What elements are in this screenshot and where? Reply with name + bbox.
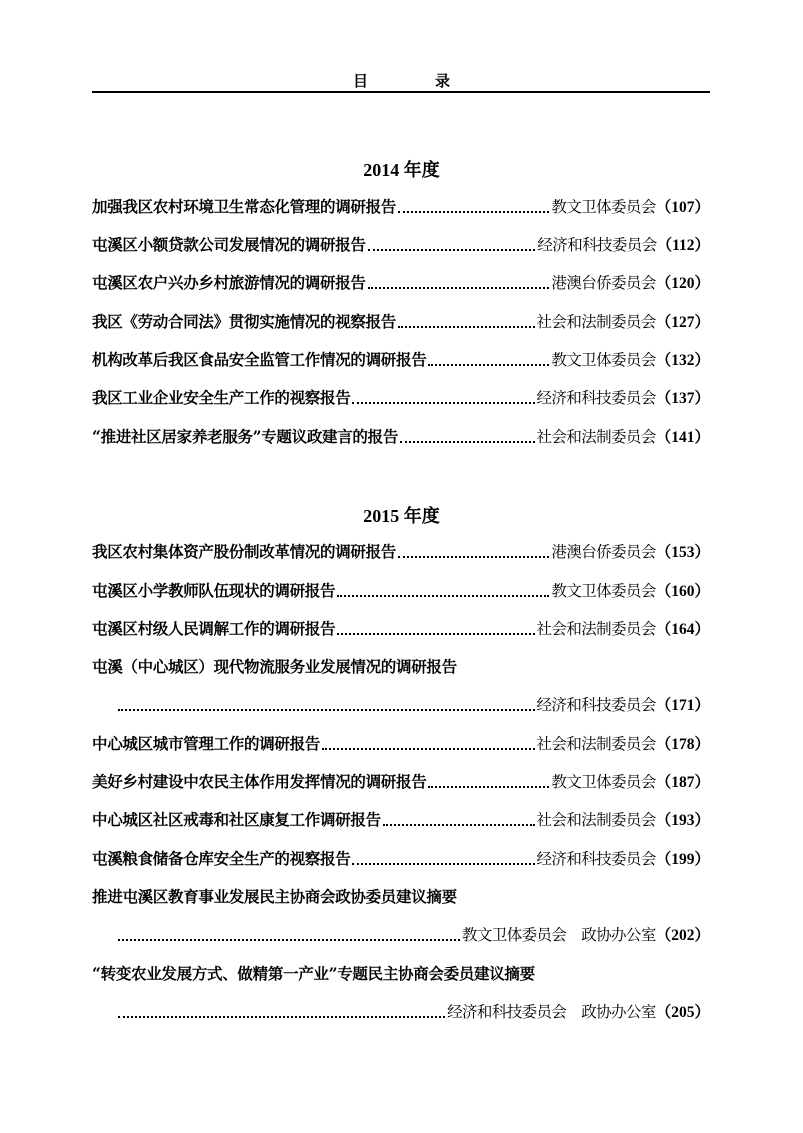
- entry-title: 中心城区城市管理工作的调研报告: [92, 732, 320, 754]
- entry-org: 经济和科技委员会: [537, 847, 656, 869]
- entry-org: 港澳台侨委员会: [551, 271, 655, 293]
- entry-page: （127）: [656, 310, 710, 332]
- entry-page: （164）: [656, 617, 710, 639]
- entry-page: （205）: [656, 1000, 710, 1022]
- dot-leader: [118, 938, 460, 941]
- entry-page: （202）: [656, 923, 710, 945]
- dot-leader: [368, 248, 536, 251]
- dot-leader: [398, 325, 535, 328]
- section-year-2015: 2015 年度: [0, 502, 803, 528]
- toc-entry-title-line[interactable]: 屯溪（中心城区）现代物流服务业发展情况的调研报告: [92, 655, 710, 677]
- entry-title: 加强我区农村环境卫生常态化管理的调研报告: [92, 195, 396, 217]
- entry-page: （171）: [656, 693, 710, 715]
- entry-org: 经济和科技委员会: [537, 693, 656, 715]
- entry-title: 推进屯溪区教育事业发展民主协商会政协委员建议摘要: [92, 885, 457, 907]
- entry-org: 经济和科技委员会: [537, 233, 656, 255]
- entry-page: （153）: [656, 540, 710, 562]
- toc-entry[interactable]: “推进社区居家养老服务”专题议政建言的报告 社会和法制委员会 （141）: [92, 425, 710, 447]
- dot-leader: [428, 363, 549, 366]
- entry-org: 教文卫体委员会: [551, 579, 655, 601]
- entry-title: 屯溪区小学教师队伍现状的调研报告: [92, 579, 335, 601]
- entry-org: 社会和法制委员会: [537, 425, 656, 447]
- toc-entry-title-line[interactable]: 推进屯溪区教育事业发展民主协商会政协委员建议摘要: [92, 885, 710, 907]
- entry-title: 我区《劳动合同法》贯彻实施情况的视察报告: [92, 310, 396, 332]
- toc-entry[interactable]: 美好乡村建设中农民主体作用发挥情况的调研报告 教文卫体委员会 （187）: [92, 770, 710, 792]
- toc-entry[interactable]: 屯溪区小额贷款公司发展情况的调研报告 经济和科技委员会 （112）: [92, 233, 710, 255]
- toc-entry[interactable]: 中心城区社区戒毒和社区康复工作调研报告 社会和法制委员会 （193）: [92, 808, 710, 830]
- entry-org: 经济和科技委员会 政协办公室: [447, 1000, 656, 1022]
- dot-leader: [118, 1015, 445, 1018]
- entry-page: （193）: [656, 808, 710, 830]
- toc-header-title: 目 录: [0, 70, 803, 91]
- toc-entry[interactable]: 屯溪区村级人民调解工作的调研报告 社会和法制委员会 （164）: [92, 617, 710, 639]
- dot-leader: [383, 823, 535, 826]
- entry-page: （199）: [656, 847, 710, 869]
- toc-entry[interactable]: 我区农村集体资产股份制改革情况的调研报告 港澳台侨委员会 （153）: [92, 540, 710, 562]
- entry-page: （160）: [656, 579, 710, 601]
- toc-entry[interactable]: 中心城区城市管理工作的调研报告 社会和法制委员会 （178）: [92, 732, 710, 754]
- entry-org: 经济和科技委员会: [537, 386, 656, 408]
- entry-page: （112）: [657, 233, 710, 255]
- entry-title: 屯溪区村级人民调解工作的调研报告: [92, 617, 335, 639]
- entry-org: 教文卫体委员会: [551, 348, 655, 370]
- toc-entry[interactable]: 我区工业企业安全生产工作的视察报告 经济和科技委员会 （137）: [92, 386, 710, 408]
- toc-entry-title-line[interactable]: “转变农业发展方式、做精第一产业”专题民主协商会委员建议摘要: [92, 962, 710, 984]
- toc-entry[interactable]: 屯溪区农户兴办乡村旅游情况的调研报告 港澳台侨委员会 （120）: [92, 271, 710, 293]
- toc-entry-continuation[interactable]: 教文卫体委员会 政协办公室 （202）: [116, 923, 710, 945]
- dot-leader: [428, 785, 549, 788]
- entry-title: 我区工业企业安全生产工作的视察报告: [92, 386, 350, 408]
- toc-entry[interactable]: 加强我区农村环境卫生常态化管理的调研报告 教文卫体委员会 （107）: [92, 195, 710, 217]
- dot-leader: [337, 632, 534, 635]
- toc-entry[interactable]: 屯溪粮食储备仓库安全生产的视察报告 经济和科技委员会 （199）: [92, 847, 710, 869]
- entry-org: 社会和法制委员会: [537, 617, 656, 639]
- dot-leader: [400, 440, 534, 443]
- dot-leader: [352, 862, 534, 865]
- entry-page: （120）: [656, 271, 710, 293]
- section-year-2014: 2014 年度: [0, 156, 803, 182]
- entry-title: 机构改革后我区食品安全监管工作情况的调研报告: [92, 348, 426, 370]
- dot-leader: [398, 210, 549, 213]
- entry-org: 社会和法制委员会: [537, 808, 656, 830]
- toc-entry[interactable]: 我区《劳动合同法》贯彻实施情况的视察报告 社会和法制委员会 （127）: [92, 310, 710, 332]
- entry-title: 屯溪（中心城区）现代物流服务业发展情况的调研报告: [92, 655, 457, 677]
- dot-leader: [118, 708, 535, 711]
- entry-title: 中心城区社区戒毒和社区康复工作调研报告: [92, 808, 381, 830]
- entry-title: 我区农村集体资产股份制改革情况的调研报告: [92, 540, 396, 562]
- entry-page: （107）: [656, 195, 710, 217]
- entry-page: （141）: [656, 425, 710, 447]
- dot-leader: [337, 594, 549, 597]
- dot-leader: [352, 401, 534, 404]
- entry-org: 教文卫体委员会: [551, 195, 655, 217]
- entry-title: “推进社区居家养老服务”专题议政建言的报告: [92, 425, 398, 447]
- entry-title: 美好乡村建设中农民主体作用发挥情况的调研报告: [92, 770, 426, 792]
- dot-leader: [398, 555, 549, 558]
- entry-page: （187）: [656, 770, 710, 792]
- entry-page: （132）: [656, 348, 710, 370]
- entry-page: （178）: [656, 732, 710, 754]
- entry-page: （137）: [656, 386, 710, 408]
- entry-org: 社会和法制委员会: [537, 732, 656, 754]
- entry-title: “转变农业发展方式、做精第一产业”专题民主协商会委员建议摘要: [92, 962, 535, 984]
- toc-entry[interactable]: 机构改革后我区食品安全监管工作情况的调研报告 教文卫体委员会 （132）: [92, 348, 710, 370]
- entry-title: 屯溪区农户兴办乡村旅游情况的调研报告: [92, 271, 366, 293]
- toc-entry-continuation[interactable]: 经济和科技委员会 （171）: [116, 693, 710, 715]
- entry-org: 社会和法制委员会: [537, 310, 656, 332]
- toc-entry[interactable]: 屯溪区小学教师队伍现状的调研报告 教文卫体委员会 （160）: [92, 579, 710, 601]
- dot-leader: [368, 286, 550, 289]
- dot-leader: [322, 747, 535, 750]
- entry-org: 教文卫体委员会: [551, 770, 655, 792]
- entry-org: 港澳台侨委员会: [551, 540, 655, 562]
- entry-title: 屯溪区小额贷款公司发展情况的调研报告: [92, 233, 366, 255]
- entry-title: 屯溪粮食储备仓库安全生产的视察报告: [92, 847, 350, 869]
- entry-org: 教文卫体委员会 政协办公室: [462, 923, 656, 945]
- toc-entry-continuation[interactable]: 经济和科技委员会 政协办公室 （205）: [116, 1000, 710, 1022]
- header-rule: [92, 91, 710, 93]
